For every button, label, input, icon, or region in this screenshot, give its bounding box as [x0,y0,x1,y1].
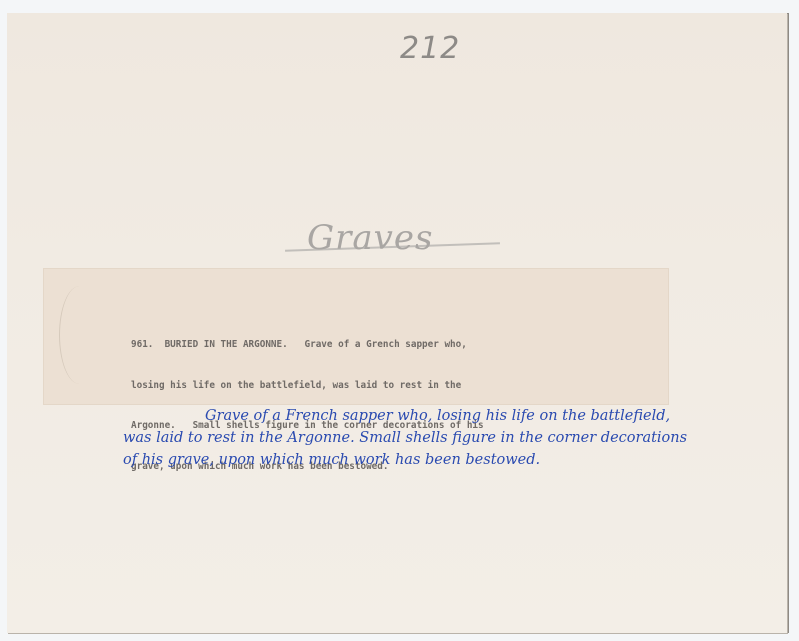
category-label: Graves [307,218,433,258]
typed-line: losing his life on the battlefield, was … [131,379,671,393]
photo-back-paper: 212 Graves 961. BURIED IN THE ARGONNE. G… [7,13,787,633]
handwritten-line: was laid to rest in the Argonne. Small s… [123,427,783,449]
handwritten-caption: Grave of a French sapper who, losing his… [123,405,783,471]
paper-crease [59,286,100,384]
typed-caption-label: 961. BURIED IN THE ARGONNE. Grave of a G… [43,268,669,405]
handwritten-line: Grave of a French sapper who, losing his… [123,405,783,427]
handwritten-line: of his grave, upon which much work has b… [123,449,783,471]
typed-line: 961. BURIED IN THE ARGONNE. Grave of a G… [131,338,671,352]
page-number: 212 [400,31,460,66]
